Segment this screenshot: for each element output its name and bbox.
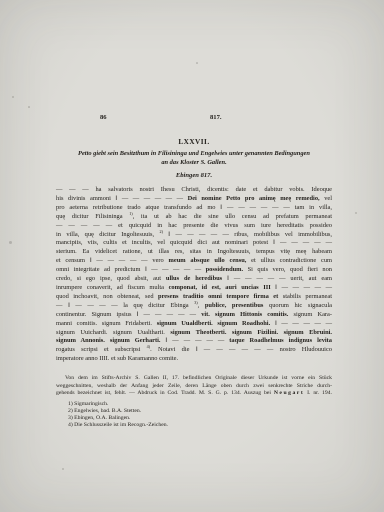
text-segment: vel — [320, 195, 332, 202]
text-segment: in villa, quę dicitur Ingoltesuuis, — [56, 231, 160, 238]
text-segment: omni integritate ad predictum ‖ — — — — … — [56, 266, 206, 273]
text-line: — — — ha salvatoris nostri Ihesu Christi… — [56, 186, 332, 195]
text-segment: Si quis vero, quod fieri non — [243, 266, 332, 273]
text-segment: signum Theotberti. signum Fizilini. sign… — [170, 329, 332, 336]
text-line: 3) Ebingen, O.A. Balingen. — [68, 415, 332, 422]
text-segment: Neugart — [274, 390, 304, 396]
text-line: 4) Die Schlusszeile ist im Recogn.-Zeich… — [68, 422, 332, 429]
charter-title-line-1: Petto giebt sein Besitzthum in Filisinin… — [56, 149, 332, 158]
text-line: pro aeterna retributione trado atque tra… — [56, 204, 332, 213]
text-segment: imperatore anno IIII. et sub Karamanno c… — [56, 355, 178, 362]
text-segment: 1) Sigmaringisch. — [68, 401, 108, 407]
text-segment: ‖ — — — — — — [271, 284, 332, 291]
text-segment: his divinis ammoni ‖ — — — — — — — [56, 195, 188, 202]
charter-body-text: — — — ha salvatoris nostri Ihesu Christi… — [56, 186, 332, 364]
text-segment: Dei nomine Petto pro animę meę remedio, — [188, 195, 320, 202]
text-segment: ullus de heredibus — [166, 275, 222, 282]
text-line: gehends bezeichnet ist, fehlt. — Abdruck… — [56, 390, 332, 398]
text-segment: quod inchoavit, non obteneat, sed — [56, 293, 158, 300]
text-segment: — — — — — et quicquid in hac presente di… — [56, 222, 332, 229]
text-segment: ‖ — — — — — ribus, mobilibus vel immobil… — [163, 231, 332, 238]
charter-number: LXXVII. — [56, 138, 332, 146]
text-segment: et ullius contradictione cum — [246, 257, 332, 264]
text-line: manni comitis. signum Fridaberti. signum… — [56, 320, 332, 329]
text-line: inrumpere conaverit, ad fiscum multa com… — [56, 284, 332, 293]
footnote-list: 1) Sigmaringisch.2) Engelwies, bad. B.A.… — [56, 401, 332, 429]
charter-dateline: Ebingen 817. — [56, 172, 332, 179]
text-segment: , — [198, 302, 205, 309]
text-segment: ‖ — — — — — — [270, 320, 332, 327]
running-year: 817. — [210, 114, 222, 121]
text-segment: continentur. Signum ipsius ‖ — — — — — — [56, 311, 201, 318]
paper-speck — [62, 468, 64, 470]
text-segment: Von dem im Stifts-Archiv S. Gallen II, 1… — [65, 375, 332, 381]
paper-speck — [196, 62, 198, 64]
text-line: — ‖ — — — — la quę dicitur Ebinga 3), pu… — [56, 302, 332, 311]
text-segment: publice, presentibus — [205, 302, 264, 309]
text-line: quę dicitur Filisininga 1), ita ut ab ha… — [56, 213, 332, 222]
text-segment: inrumpere conaverit, ad fiscum multa — [56, 284, 169, 291]
paper-speck — [9, 241, 12, 244]
text-line: et censum ‖ — — — — — vero meum absque u… — [56, 257, 332, 266]
text-segment: pro aeterna retributione trado atque tra… — [56, 204, 332, 211]
text-segment: signum Uualdberti. signum Roadhohi. — [157, 320, 270, 327]
text-segment: gehends bezeichnet ist, fehlt. — Abdruck… — [56, 390, 274, 396]
text-segment: stabilis permaneat — [278, 293, 332, 300]
text-line: rogatus scripsi et subscripsi 4). Notavi… — [56, 346, 332, 355]
text-segment: sterium. Ea videlicet ratione, ut illas … — [56, 248, 332, 255]
text-segment: , ita ut ab hac die sine ullo censu ad p… — [133, 213, 332, 220]
text-segment: quę dicitur Filisininga — [56, 213, 129, 220]
text-segment: — — — ha salvatoris nostri Ihesu Christi… — [56, 186, 332, 193]
text-segment: ‖ — — — — — uerit, aut eam — [222, 275, 332, 282]
text-segment: et censum ‖ — — — — — vero — [56, 257, 169, 264]
text-segment: taque Roadhelmus indignus levita — [229, 337, 332, 344]
text-line: 1) Sigmaringisch. — [68, 401, 332, 408]
text-segment: weggeschnitten, weshalb der Anfang jeder… — [56, 383, 332, 389]
text-line: continentur. Signum ipsius ‖ — — — — — v… — [56, 311, 332, 320]
text-segment: signum Kara- — [288, 311, 332, 318]
text-segment: possidendum. — [206, 266, 243, 273]
charter-title-line-2: an das Kloster S. Gallen. — [56, 158, 332, 167]
paper-speck — [355, 212, 357, 214]
text-segment: signum Uuichardi. signum Uualtharii. — [56, 329, 170, 336]
page-number: 86 — [100, 114, 107, 121]
text-segment: quorum hic signacula — [263, 302, 332, 309]
text-segment: credo, si ego ipse, quod absit, aut — [56, 275, 166, 282]
text-segment: ‖ — — — — — — [161, 337, 230, 344]
text-segment: manni comitis. signum Fridaberti. — [56, 320, 157, 327]
paper-speck — [28, 106, 30, 108]
text-line: signum Annonis. signum Gerharti. ‖ — — —… — [56, 337, 332, 346]
paper-speck — [12, 96, 14, 98]
text-segment: 2) Engelwies, bad. B.A. Stetten. — [68, 408, 141, 414]
text-line: sterium. Ea videlicet ratione, ut illas … — [56, 248, 332, 257]
footnote-source-paragraph: Von dem im Stifts-Archiv S. Gallen II, 1… — [56, 375, 332, 398]
text-segment: 4) Die Schlusszeile ist im Recogn.-Zeich… — [68, 422, 168, 428]
text-line: credo, si ego ipse, quod absit, aut ullu… — [56, 275, 332, 284]
text-line: mancipiis, viis, cultis et incultis, vel… — [56, 239, 332, 248]
text-segment: 3) Ebingen, O.A. Balingen. — [68, 415, 130, 421]
text-line: omni integritate ad predictum ‖ — — — — … — [56, 266, 332, 275]
text-segment: rogatus scripsi et subscripsi — [56, 346, 147, 353]
page-header: 86 817. — [56, 114, 332, 122]
text-line: — — — — — et quicquid in hac presente di… — [56, 222, 332, 231]
text-segment: mancipiis, viis, cultis et incultis, vel… — [56, 239, 332, 246]
scanned-book-page: 86 817. LXXVII. Petto giebt sein Besitzt… — [0, 0, 384, 512]
text-segment: vit. signum Hittonis comitis. — [201, 311, 288, 318]
text-line: Von dem im Stifts-Archiv S. Gallen II, 1… — [56, 375, 332, 383]
text-line: in villa, quę dicitur Ingoltesuuis, 2) ‖… — [56, 231, 332, 240]
text-line: imperatore anno IIII. et sub Karamanno c… — [56, 355, 332, 364]
text-segment: presens traditio omni tempore firma et — [158, 293, 278, 300]
text-segment: componat, id est, auri uncias III — [169, 284, 271, 291]
text-line: 2) Engelwies, bad. B.A. Stetten. — [68, 408, 332, 415]
text-segment: meum absque ullo censu, — [169, 257, 247, 264]
charter-title: Petto giebt sein Besitzthum in Filisinin… — [56, 149, 332, 167]
text-segment: — ‖ — — — — la quę dicitur Ebinga — [56, 302, 194, 309]
text-line: his divinis ammoni ‖ — — — — — — Dei nom… — [56, 195, 332, 204]
text-segment: I. nr. 194. — [304, 390, 332, 396]
text-segment: . Notavi die ‖ — — — — — — nostro Hludou… — [150, 346, 332, 353]
text-line: signum Uuichardi. signum Uualtharii. sig… — [56, 329, 332, 338]
text-segment: signum Annonis. signum Gerharti. — [56, 337, 161, 344]
